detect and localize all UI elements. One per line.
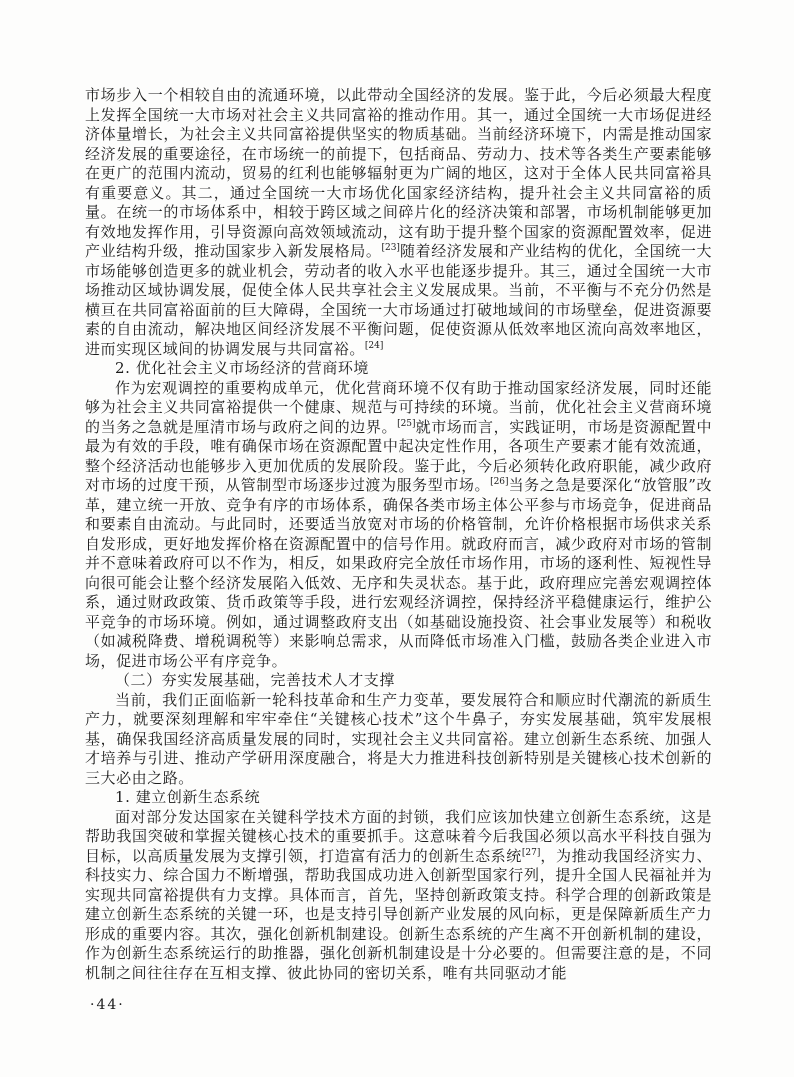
heading-business-environment: 2. 优化社会主义市场经济的营商环境 <box>85 359 712 379</box>
footnote-marker: [25] <box>397 419 415 429</box>
text-run: （二）夯实发展基础，完善技术人才支撑 <box>115 671 395 689</box>
document-page: 市场步入一个相较自由的流通环境，以此带动全国经济的发展。鉴于此，今后必须最大程度… <box>0 0 794 1077</box>
text-run: ，为推动我国经济实力、科技实力、综合国力不断增强，帮助我国成功进入创新型国家行列… <box>85 847 712 982</box>
page-body-text: 市场步入一个相较自由的流通环境，以此带动全国经济的发展。鉴于此，今后必须最大程度… <box>85 86 712 983</box>
heading-innovation-ecosystem: 1. 建立创新生态系统 <box>85 788 712 808</box>
footnote-marker: [27] <box>522 848 540 858</box>
paragraph-business-environment: 作为宏观调控的重要构成单元，优化营商环境不仅有助于推动国家经济发展，同时还能够为… <box>85 379 712 672</box>
text-run: 当务之急是要深化“放管服”改革，建立统一开放、竞争有序的市场体系，确保各类市场主… <box>85 476 712 670</box>
paragraph-unified-market: 市场步入一个相较自由的流通环境，以此带动全国经济的发展。鉴于此，今后必须最大程度… <box>85 86 712 359</box>
text-run: 市场步入一个相较自由的流通环境，以此带动全国经济的发展。鉴于此，今后必须最大程度… <box>85 86 712 260</box>
heading-development-foundation: （二）夯实发展基础，完善技术人才支撑 <box>85 671 712 691</box>
page-number: ·44· <box>90 997 125 1013</box>
text-run: 当前，我们正面临新一轮科技革命和生产力变革，要发展符合和顺应时代潮流的新质生产力… <box>85 691 712 787</box>
footnote-marker: [24] <box>365 341 383 351</box>
footnote-marker: [26] <box>490 477 508 487</box>
text-run: 2. 优化社会主义市场经济的营商环境 <box>115 359 369 377</box>
text-run: 1. 建立创新生态系统 <box>115 788 260 806</box>
paragraph-innovation-ecosystem: 面对部分发达国家在关键科学技术方面的封锁，我们应该加快建立创新生态系统，这是帮助… <box>85 808 712 984</box>
footnote-marker: [23] <box>381 243 399 253</box>
paragraph-development-foundation: 当前，我们正面临新一轮科技革命和生产力变革，要发展符合和顺应时代潮流的新质生产力… <box>85 691 712 789</box>
